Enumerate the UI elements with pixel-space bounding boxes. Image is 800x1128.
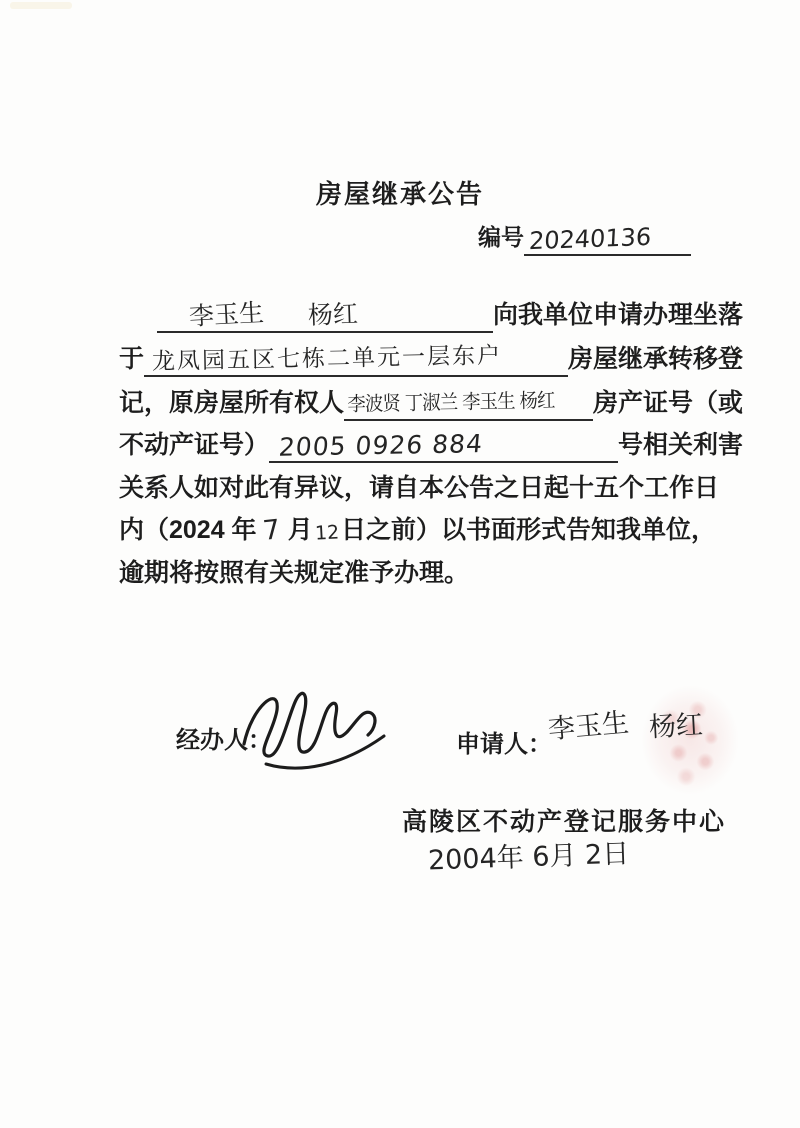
line2-prefix: 于: [119, 341, 144, 377]
document-title: 房屋继承公告: [0, 174, 800, 211]
body-line-5: 关系人如对此有异议，请自本公告之日起十五个工作日: [119, 470, 743, 506]
issue-date-handwritten: 2004年 6月 2日: [427, 836, 629, 879]
number-value-handwritten: 20240136: [528, 222, 652, 256]
line1-applicant-names: 李玉生 杨红: [157, 299, 358, 331]
applicant-name-2-handwritten: 杨红: [307, 298, 358, 332]
line2-printed-text: 房屋继承转移登: [568, 341, 743, 377]
line7-printed-text: 逾期将按照有关规定准予办理。: [119, 555, 469, 591]
line1-applicants-underline: 李玉生 杨红: [157, 299, 493, 333]
body-line-4: 不动产证号） 2005 0926 884 号相关利害: [119, 427, 743, 463]
applicant-name-1-handwritten: 李玉生: [188, 297, 265, 333]
scanned-document-page: 房屋继承公告 编号 20240136 李玉生 杨红 向我单位申请办理坐落 于 龙…: [0, 0, 800, 1128]
body-line-3: 记，原房屋所有权人 李波贤 丁淑兰 李玉生 杨红 房产证号（或: [119, 385, 743, 421]
applicant-signature-2-handwritten: 杨红: [648, 709, 704, 746]
applicant-signatures: 李玉生 杨红: [548, 710, 703, 744]
applicant-label: 申请人：: [456, 724, 552, 759]
operator-signature-scribble: [238, 676, 396, 778]
line4-prefix: 不动产证号）: [119, 427, 269, 463]
number-underline: 20240136: [524, 224, 691, 256]
scan-artifact: [10, 2, 72, 9]
line6-segment-1: 内（2024 年: [119, 512, 257, 548]
line5-printed-text: 关系人如对此有异议，请自本公告之日起十五个工作日: [119, 470, 719, 506]
line6-segment-2: 月: [288, 512, 313, 548]
address-handwritten: 龙凤园五区七栋二单元一层东户: [144, 341, 502, 378]
deadline-day-handwritten: 12: [314, 517, 340, 548]
previous-owners-handwritten: 李波贤 丁淑兰 李玉生 杨红: [344, 385, 555, 419]
issuing-organization: 高陵区不动产登记服务中心: [402, 802, 726, 838]
line3-owners-underline: 李波贤 丁淑兰 李玉生 杨红: [344, 389, 593, 421]
body-line-7: 逾期将按照有关规定准予办理。: [119, 555, 743, 591]
line3-printed-text: 房产证号（或: [593, 385, 743, 421]
document-number-row: 编号 20240136: [478, 218, 691, 256]
body-line-2: 于 龙凤园五区七栋二单元一层东户 房屋继承转移登: [119, 341, 743, 377]
line4-printed-text: 号相关利害: [618, 427, 743, 463]
line2-address-underline: 龙凤园五区七栋二单元一层东户: [144, 344, 568, 377]
certificate-number-handwritten: 2005 0926 884: [267, 428, 484, 463]
line4-certno-underline: 2005 0926 884: [269, 430, 618, 463]
line1-printed-text: 向我单位申请办理坐落: [493, 297, 743, 333]
number-label: 编号: [478, 218, 524, 256]
line6-segment-3: 日之前）以书面形式告知我单位，: [341, 512, 716, 548]
applicant-signature-1-handwritten: 李玉生: [547, 707, 631, 748]
body-line-6: 内（2024 年 7 月 12 日之前）以书面形式告知我单位，: [119, 512, 743, 548]
body-line-1: 李玉生 杨红 向我单位申请办理坐落: [119, 297, 743, 333]
deadline-month-handwritten: 7: [261, 513, 282, 549]
line3-prefix: 记，原房屋所有权人: [119, 385, 344, 421]
